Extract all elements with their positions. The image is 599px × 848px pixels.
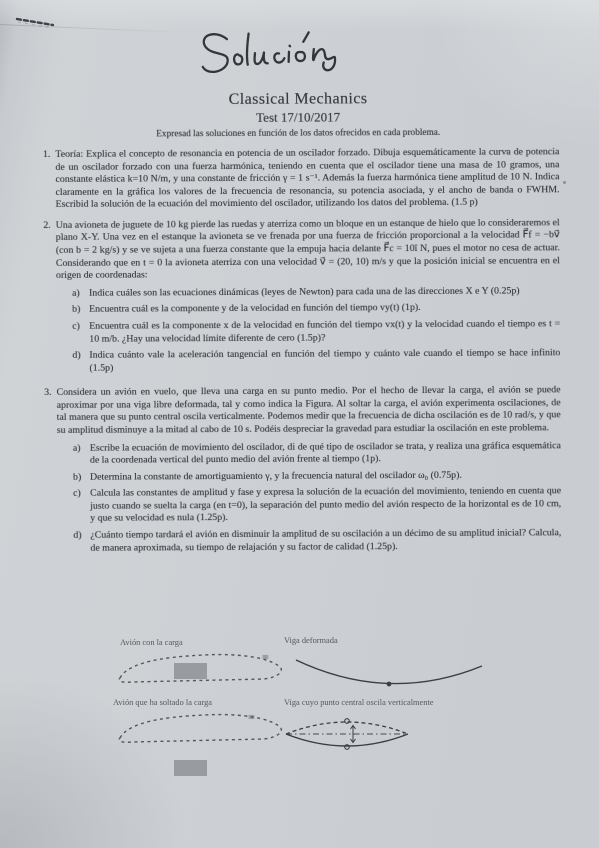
exam-header: Classical Mechanics Test 17/10/2017 Expr… (37, 89, 559, 140)
subitem-label: b) (73, 471, 85, 484)
figure-label-plane-dropped: Avión que ha soltado la carga (113, 698, 212, 707)
figure-label-beam-deformed: Viga deformada (284, 636, 338, 645)
subitem-2a: a) Indica cuáles son las ecuaciones diná… (72, 285, 560, 300)
problem-3: 3. Considera un avión en vuelo, que llev… (39, 385, 562, 560)
subitem-label: b) (72, 304, 84, 317)
problem-2: 2. Una avioneta de juguete de 10 kg pier… (38, 217, 561, 379)
subitem-3b: b) Determina la constante de amortiguami… (73, 469, 561, 484)
subitem-2d: d) Indica cuánto vale la aceleración tan… (72, 347, 560, 375)
problem-3-subitems: a) Escribe la ecuación de movimiento del… (73, 440, 562, 555)
problem-2-subitems: a) Indica cuáles son las ecuaciones diná… (72, 285, 560, 375)
problem-text: Teoría: Explica el concepto de resonanci… (55, 146, 559, 212)
equals-sign: = (248, 710, 255, 725)
subitem-label: c) (73, 488, 85, 526)
exam-title: Classical Mechanics (37, 89, 559, 110)
subitem-text: ¿Cuánto tiempo tardará el avión en dismi… (90, 527, 561, 555)
beam-top-point (345, 719, 350, 724)
exam-content: Classical Mechanics Test 17/10/2017 Expr… (37, 89, 561, 567)
oscillating-beam-figure (280, 712, 415, 757)
subitem-label: a) (73, 442, 85, 467)
equals-sign: = (262, 650, 269, 665)
scan-speck (563, 181, 566, 184)
subitem-label: d) (72, 350, 84, 375)
subitem-2c: c) Encuentra cuál es la componente x de … (72, 318, 560, 346)
problem-text: Una avioneta de juguete de 10 kg pierde … (56, 217, 560, 283)
subitem-3d: d) ¿Cuánto tiempo tardará el avión en di… (73, 527, 561, 555)
exam-instructions: Expresad las soluciones en función de lo… (37, 127, 559, 140)
staple-icon (14, 12, 58, 32)
subitem-text: Calcula las constantes de amplitud y fas… (90, 486, 561, 526)
deformed-beam-figure (292, 652, 487, 698)
subitem-text: Escribe la ecuación de movimiento del os… (90, 440, 561, 468)
airplane-dropped-load-figure (112, 710, 290, 788)
subitem-text: Encuentra cuál es la componente x de la … (89, 318, 560, 346)
subitem-3c: c) Calcula las constantes de amplitud y … (73, 486, 561, 526)
problem-number: 3. (39, 387, 53, 559)
figure-label-beam-oscillating: Viga cuyo punto central oscila verticalm… (284, 698, 434, 707)
problem-list: 1. Teoría: Explica el concepto de resona… (37, 146, 561, 559)
dropped-load-rectangle (174, 760, 207, 776)
beam-center-point (387, 682, 392, 687)
subitem-text: Indica cuáles son las ecuaciones dinámic… (89, 285, 560, 300)
problem-number: 2. (38, 220, 52, 379)
problem-number: 1. (37, 149, 50, 212)
problem-1: 1. Teoría: Explica el concepto de resona… (37, 146, 559, 212)
handwritten-solution-note (190, 14, 354, 91)
problem-text: Considera un avión en vuelo, que lleva u… (57, 385, 561, 438)
scanned-exam-page: Classical Mechanics Test 17/10/2017 Expr… (0, 0, 599, 848)
subitem-label: d) (73, 530, 85, 555)
subitem-2b: b) Encuentra cuál es la componente y de … (72, 302, 560, 317)
figure-label-plane-loaded: Avión con la carga (120, 638, 183, 647)
exam-date: Test 17/10/2017 (37, 108, 559, 127)
subitem-text: Indica cuánto vale la aceleración tangen… (89, 347, 560, 375)
subitem-text: Encuentra cuál es la componente y de la … (89, 302, 560, 317)
load-rectangle (174, 663, 207, 679)
subitem-label: a) (72, 288, 84, 301)
subitem-3a: a) Escribe la ecuación de movimiento del… (73, 440, 561, 468)
subitem-label: c) (72, 321, 84, 346)
subitem-text: Determina la constante de amortiguamient… (90, 469, 561, 484)
figures-block: Avión con la carga Viga deformada = Avió… (0, 630, 599, 848)
